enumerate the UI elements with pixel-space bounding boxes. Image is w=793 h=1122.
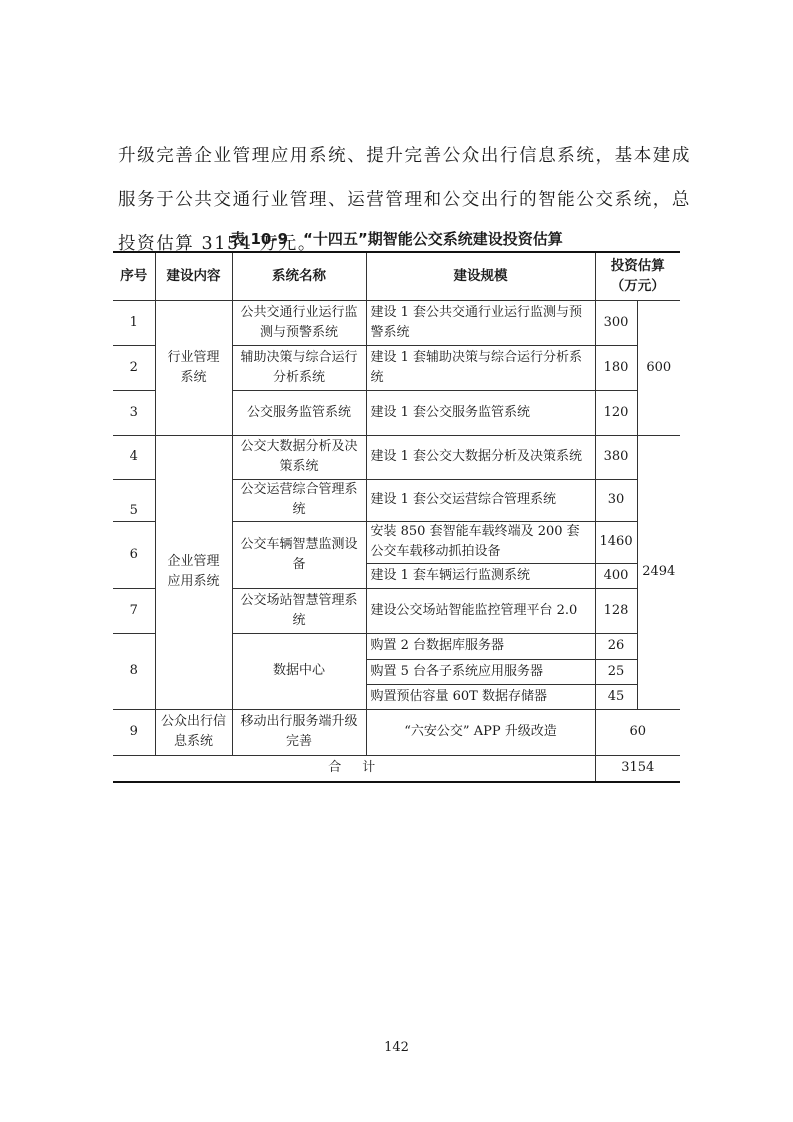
cost-cell: 26 (595, 633, 637, 659)
header-scale: 建设规模 (366, 252, 595, 300)
category-cell: 企业管理应用系统 (155, 435, 232, 709)
scale-cell: 安装 850 套智能车载终端及 200 套公交车载移动抓拍设备 (366, 521, 595, 563)
cost-cell: 380 (595, 435, 637, 479)
cost-cell: 120 (595, 390, 637, 435)
scale-cell: 购置 2 台数据库服务器 (366, 633, 595, 659)
cost-cell: 45 (595, 684, 637, 709)
scale-cell: 建设 1 套公交运营综合管理系统 (366, 479, 595, 521)
cost-cell: 30 (595, 479, 637, 521)
system-cell: 移动出行服务端升级完善 (232, 709, 366, 755)
row-no: 4 (113, 435, 155, 479)
cost-cell: 1460 (595, 521, 637, 563)
row-no: 9 (113, 709, 155, 755)
cost-cell: 128 (595, 588, 637, 633)
header-no: 序号 (113, 252, 155, 300)
header-category: 建设内容 (155, 252, 232, 300)
system-cell: 辅助决策与综合运行分析系统 (232, 345, 366, 390)
row-no: 6 (113, 521, 155, 588)
row-no: 2 (113, 345, 155, 390)
category-cell: 行业管理系统 (155, 300, 232, 435)
scale-cell: 建设公交场站智能监控管理平台 2.0 (366, 588, 595, 633)
row-no: 5 (113, 479, 155, 521)
total-value: 3154 (595, 755, 680, 782)
system-cell: 数据中心 (232, 633, 366, 709)
row-no: 8 (113, 633, 155, 709)
scale-cell: 建设 1 套公交服务监管系统 (366, 390, 595, 435)
system-cell: 公交车辆智慧监测设备 (232, 521, 366, 588)
row-no: 3 (113, 390, 155, 435)
investment-table: 序号 建设内容 系统名称 建设规模 投资估算（万元） 1 行业管理系统 公共交通… (113, 251, 680, 783)
system-cell: 公交服务监管系统 (232, 390, 366, 435)
system-cell: 公共交通行业运行监测与预警系统 (232, 300, 366, 345)
table-header-row: 序号 建设内容 系统名称 建设规模 投资估算（万元） (113, 252, 680, 300)
system-cell: 公交运营综合管理系统 (232, 479, 366, 521)
row-no: 1 (113, 300, 155, 345)
header-system: 系统名称 (232, 252, 366, 300)
scale-cell: “六安公交” APP 升级改造 (366, 709, 595, 755)
category-cell: 公众出行信息系统 (155, 709, 232, 755)
row-no: 7 (113, 588, 155, 633)
scale-cell: 建设 1 套公共交通行业运行监测与预警系统 (366, 300, 595, 345)
system-cell: 公交大数据分析及决策系统 (232, 435, 366, 479)
cost-cell: 400 (595, 563, 637, 588)
paragraph-line: 服务于公共交通行业管理、运营管理和公交出行的智能公交系统，总 (118, 178, 683, 222)
scale-cell: 建设 1 套车辆运行监测系统 (366, 563, 595, 588)
table-row: 4 企业管理应用系统 公交大数据分析及决策系统 建设 1 套公交大数据分析及决策… (113, 435, 680, 479)
subtotal-cell: 600 (637, 300, 680, 435)
scale-cell: 购置 5 台各子系统应用服务器 (366, 659, 595, 684)
scale-cell: 建设 1 套辅助决策与综合运行分析系统 (366, 345, 595, 390)
cost-cell: 300 (595, 300, 637, 345)
paragraph-line: 升级完善企业管理应用系统、提升完善公众出行信息系统，基本建成 (118, 134, 683, 178)
system-cell: 公交场站智慧管理系统 (232, 588, 366, 633)
table-row: 9 公众出行信息系统 移动出行服务端升级完善 “六安公交” APP 升级改造 6… (113, 709, 680, 755)
subtotal-cell: 2494 (637, 435, 680, 709)
table-caption: 表 10-9 “十四五”期智能公交系统建设投资估算 (113, 228, 680, 249)
header-investment: 投资估算（万元） (595, 252, 680, 300)
total-label: 合 计 (113, 755, 595, 782)
cost-cell: 60 (595, 709, 680, 755)
page-number: 142 (0, 1040, 793, 1055)
scale-cell: 建设 1 套公交大数据分析及决策系统 (366, 435, 595, 479)
total-row: 合 计 3154 (113, 755, 680, 782)
scale-cell: 购置预估容量 60T 数据存储器 (366, 684, 595, 709)
table-row: 1 行业管理系统 公共交通行业运行监测与预警系统 建设 1 套公共交通行业运行监… (113, 300, 680, 345)
cost-cell: 25 (595, 659, 637, 684)
cost-cell: 180 (595, 345, 637, 390)
